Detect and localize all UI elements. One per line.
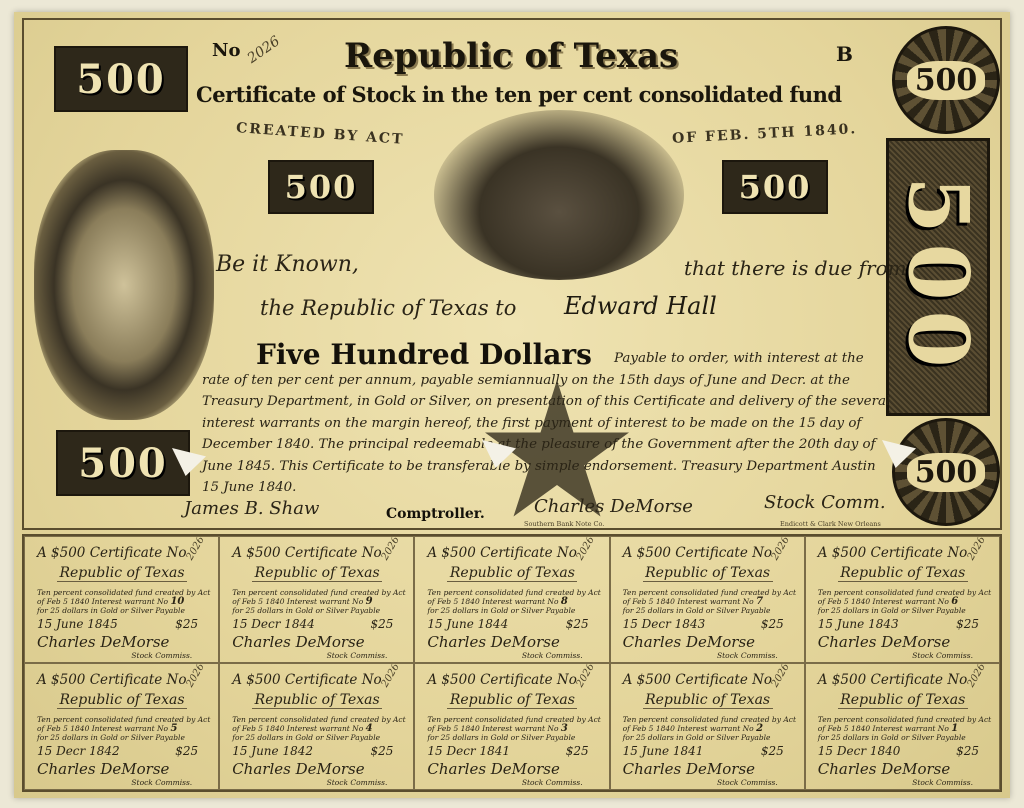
coupon-date-row: 15 June 1841$25 bbox=[623, 744, 798, 758]
coupon-role: Stock Commiss. bbox=[818, 651, 993, 660]
coupon-amount: $25 bbox=[175, 617, 198, 631]
certificate-main: 500 500 500 500 500 500 500 No 2026 Repu… bbox=[22, 18, 1002, 530]
stock-comm-label: Stock Comm. bbox=[764, 492, 886, 513]
coupon-title: Republic of Texas bbox=[57, 692, 187, 709]
intro-right: that there is due from bbox=[684, 256, 907, 280]
coupon-date-row: 15 June 1842$25 bbox=[232, 744, 407, 758]
signature-comptroller: James B. Shaw bbox=[184, 498, 319, 519]
coupon-signature: Charles DeMorse bbox=[427, 760, 602, 778]
interest-coupon: A $500 Certificate No 2026 Republic of T… bbox=[24, 663, 219, 790]
interest-coupons-grid: A $500 Certificate No 2026 Republic of T… bbox=[22, 534, 1002, 792]
vignette-illustration-left bbox=[34, 150, 214, 420]
coupon-role: Stock Commiss. bbox=[623, 651, 798, 660]
coupon-amount: $25 bbox=[566, 617, 589, 631]
intro-left: Be it Known, bbox=[216, 252, 359, 277]
coupon-signature: Charles DeMorse bbox=[37, 760, 212, 778]
coupon-date: 15 Decr 1844 bbox=[232, 617, 315, 631]
coupon-title: Republic of Texas bbox=[252, 692, 382, 709]
coupon-amount: $25 bbox=[370, 617, 393, 631]
coupon-title: Republic of Texas bbox=[57, 565, 187, 582]
interest-coupon: A $500 Certificate No 2026 Republic of T… bbox=[805, 663, 1000, 790]
coupon-text: Ten percent consolidated fund created by… bbox=[818, 715, 993, 742]
denomination-center-left: 500 bbox=[268, 160, 374, 214]
act-date: OF FEB. 5TH 1840. bbox=[672, 121, 858, 147]
coupon-role: Stock Commiss. bbox=[232, 778, 407, 787]
coupon-signature: Charles DeMorse bbox=[427, 633, 602, 651]
interest-coupon: A $500 Certificate No 2026 Republic of T… bbox=[219, 663, 414, 790]
coupon-amount: $25 bbox=[956, 617, 979, 631]
interest-coupon: A $500 Certificate No 2026 Republic of T… bbox=[414, 536, 609, 663]
from-line: the Republic of Texas to bbox=[260, 296, 516, 320]
vignette-illustration-center bbox=[434, 110, 684, 280]
coupon-date: 15 Decr 1841 bbox=[427, 744, 510, 758]
coupon-role: Stock Commiss. bbox=[427, 778, 602, 787]
coupon-text: Ten percent consolidated fund created by… bbox=[623, 715, 798, 742]
rosette-top-right: 500 bbox=[892, 26, 1000, 134]
coupon-text: Ten percent consolidated fund created by… bbox=[623, 588, 798, 615]
coupon-role: Stock Commiss. bbox=[427, 651, 602, 660]
coupon-title: Republic of Texas bbox=[643, 565, 773, 582]
interest-coupon: A $500 Certificate No 2026 Republic of T… bbox=[805, 536, 1000, 663]
coupon-date-row: 15 Decr 1840$25 bbox=[818, 744, 993, 758]
created-by-act: CREATED BY ACT bbox=[236, 120, 405, 148]
coupon-date-row: 15 Decr 1844$25 bbox=[232, 617, 407, 631]
coupon-date: 15 June 1841 bbox=[623, 744, 704, 758]
coupon-date: 15 June 1844 bbox=[427, 617, 508, 631]
coupon-role: Stock Commiss. bbox=[232, 651, 407, 660]
certificate-body-text: Payable to order, with interest at the r… bbox=[202, 348, 892, 499]
coupon-title: Republic of Texas bbox=[252, 565, 382, 582]
coupon-amount: $25 bbox=[761, 617, 784, 631]
coupon-amount: $25 bbox=[761, 744, 784, 758]
imprint-engraver: Endicott & Clark New Orleans bbox=[780, 520, 881, 528]
coupon-text: Ten percent consolidated fund created by… bbox=[232, 588, 407, 615]
certificate-number-label: No bbox=[212, 40, 240, 61]
interest-coupon: A $500 Certificate No 2026 Republic of T… bbox=[219, 536, 414, 663]
coupon-title: Republic of Texas bbox=[447, 692, 577, 709]
interest-coupon: A $500 Certificate No 2026 Republic of T… bbox=[24, 536, 219, 663]
coupon-amount: $25 bbox=[370, 744, 393, 758]
coupon-signature: Charles DeMorse bbox=[623, 633, 798, 651]
payee-name: Edward Hall bbox=[564, 292, 717, 320]
coupon-date: 15 June 1843 bbox=[818, 617, 899, 631]
coupon-amount: $25 bbox=[566, 744, 589, 758]
coupon-text: Ten percent consolidated fund created by… bbox=[37, 715, 212, 742]
coupon-date-row: 15 Decr 1842$25 bbox=[37, 744, 212, 758]
interest-coupon: A $500 Certificate No 2026 Republic of T… bbox=[610, 536, 805, 663]
coupon-date: 15 June 1842 bbox=[232, 744, 313, 758]
denomination-bottom-left: 500 bbox=[56, 430, 190, 496]
interest-coupon: A $500 Certificate No 2026 Republic of T… bbox=[414, 663, 609, 790]
certificate-paper: 500 500 500 500 500 500 500 No 2026 Repu… bbox=[14, 12, 1010, 798]
imprint-printer: Southern Bank Note Co. bbox=[524, 520, 604, 528]
coupon-amount: $25 bbox=[175, 744, 198, 758]
coupon-amount: $25 bbox=[956, 744, 979, 758]
certificate-number: 2026 bbox=[245, 33, 283, 67]
document-title: Republic of Texas bbox=[344, 36, 678, 76]
signature-stock-commissioner: Charles DeMorse bbox=[534, 496, 693, 517]
coupon-date-row: 15 June 1843$25 bbox=[818, 617, 993, 631]
series-letter: B bbox=[836, 42, 853, 66]
comptroller-label: Comptroller. bbox=[386, 506, 485, 522]
coupon-text: Ten percent consolidated fund created by… bbox=[37, 588, 212, 615]
coupon-title: Republic of Texas bbox=[643, 692, 773, 709]
coupon-date-row: 15 June 1844$25 bbox=[427, 617, 602, 631]
coupon-text: Ten percent consolidated fund created by… bbox=[427, 588, 602, 615]
coupon-role: Stock Commiss. bbox=[623, 778, 798, 787]
coupon-title: Republic of Texas bbox=[447, 565, 577, 582]
coupon-date-row: 15 Decr 1841$25 bbox=[427, 744, 602, 758]
denomination-center-right: 500 bbox=[722, 160, 828, 214]
coupon-date-row: 15 June 1845$25 bbox=[37, 617, 212, 631]
interest-coupon: A $500 Certificate No 2026 Republic of T… bbox=[610, 663, 805, 790]
coupon-date: 15 June 1845 bbox=[37, 617, 118, 631]
coupon-role: Stock Commiss. bbox=[818, 778, 993, 787]
coupon-text: Ten percent consolidated fund created by… bbox=[232, 715, 407, 742]
coupon-text: Ten percent consolidated fund created by… bbox=[818, 588, 993, 615]
coupon-date: 15 Decr 1842 bbox=[37, 744, 120, 758]
coupon-title: Republic of Texas bbox=[838, 565, 968, 582]
coupon-signature: Charles DeMorse bbox=[37, 633, 212, 651]
denomination-top-left: 500 bbox=[54, 46, 188, 112]
coupon-date-row: 15 Decr 1843$25 bbox=[623, 617, 798, 631]
coupon-role: Stock Commiss. bbox=[37, 651, 212, 660]
coupon-text: Ten percent consolidated fund created by… bbox=[427, 715, 602, 742]
coupon-signature: Charles DeMorse bbox=[818, 633, 993, 651]
coupon-signature: Charles DeMorse bbox=[232, 760, 407, 778]
coupon-role: Stock Commiss. bbox=[37, 778, 212, 787]
coupon-signature: Charles DeMorse bbox=[818, 760, 993, 778]
coupon-title: Republic of Texas bbox=[838, 692, 968, 709]
coupon-date: 15 Decr 1840 bbox=[818, 744, 901, 758]
document-subtitle: Certificate of Stock in the ten per cent… bbox=[196, 82, 842, 107]
coupon-date: 15 Decr 1843 bbox=[623, 617, 706, 631]
rosette-bottom-right: 500 bbox=[892, 418, 1000, 526]
coupon-signature: Charles DeMorse bbox=[623, 760, 798, 778]
coupon-signature: Charles DeMorse bbox=[232, 633, 407, 651]
